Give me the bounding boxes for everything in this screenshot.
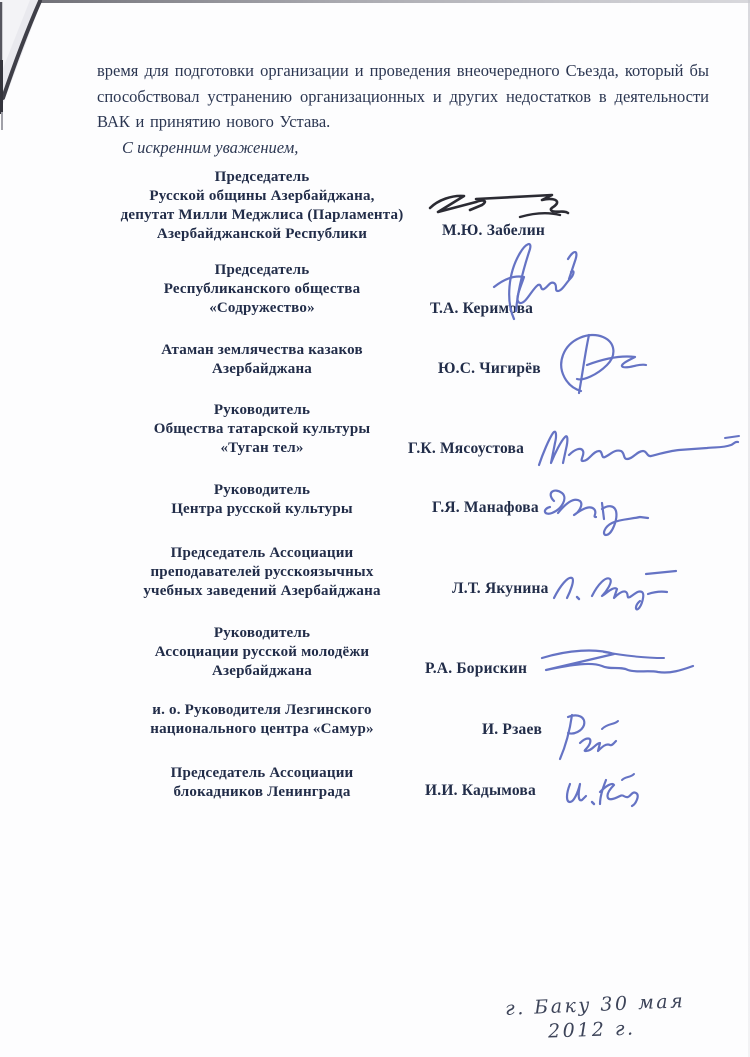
signatory-title-line: Ассоциации русской молодёжи <box>97 643 427 662</box>
signatory-title-line: Председатель Ассоциации <box>97 544 427 563</box>
signatory-title-line: учебных заведений Азербайджана <box>97 582 427 601</box>
signatory-title: Атаман землячества казаков Азербайджана <box>97 341 427 379</box>
signatory-title-line: и. о. Руководителя Лезгинского <box>97 701 427 720</box>
signatory-name: Г.К. Мясоустова <box>408 440 524 458</box>
signatory-title: Руководитель Общества татарской культуры… <box>97 401 427 458</box>
signatory-title-line: Председатель Ассоциации <box>97 764 427 783</box>
signatory-title: Руководитель Ассоциации русской молодёжи… <box>97 624 427 681</box>
scanned-document-page: время для подготовки организации и прове… <box>0 0 750 1057</box>
signatory-title-line: Атаман землячества казаков <box>97 341 427 360</box>
signatory-title-line: национального центра «Самур» <box>97 720 427 739</box>
signatory-title-line: Руководитель <box>97 624 427 643</box>
signatory-title-line: Председатель <box>97 168 427 187</box>
signatory-title-line: депутат Милли Меджлиса (Парламента) <box>97 206 427 225</box>
signatory-title: Руководитель Центра русской культуры <box>97 481 427 519</box>
signatory-name: И. Рзаев <box>482 721 542 739</box>
signatory-title-line: Председатель <box>97 261 427 280</box>
signatory-name: Л.Т. Якунина <box>452 580 549 598</box>
signature-zabelin <box>424 186 576 224</box>
signatory-title: Председатель Республиканского общества «… <box>97 261 427 318</box>
signature-kadymova <box>562 770 658 816</box>
signatory-title-line: Центра русской культуры <box>97 500 427 519</box>
signatory-title: и. о. Руководителя Лезгинского националь… <box>97 701 427 739</box>
signature-myasoustova <box>535 423 740 473</box>
signatory-title-line: Руководитель <box>97 481 427 500</box>
signatory-title-line: Азербайджана <box>97 360 427 379</box>
signatory-name: Г.Я. Манафова <box>432 499 539 517</box>
signatory-title: Председатель Ассоциации блокадников Лени… <box>97 764 427 802</box>
handwritten-date-city: г. Баку 30 мая <box>505 990 686 1020</box>
signature-yakunina <box>550 562 680 610</box>
signatory-name: Р.А. Борискин <box>425 660 527 678</box>
signature-manafova <box>534 483 652 541</box>
signature-boriskin <box>538 646 696 684</box>
signatory-title-line: преподавателей русскоязычных <box>97 563 427 582</box>
signature-rzaev <box>550 709 636 763</box>
signatory-title-line: Азербайджанской Республики <box>97 225 427 244</box>
signature-chigiryov <box>543 327 649 397</box>
signature-kerimova <box>480 239 580 323</box>
signatory-title: Председатель Русской общины Азербайджана… <box>97 168 427 244</box>
signatory-title-line: «Содружество» <box>97 299 427 318</box>
signatory-name: И.И. Кадымова <box>425 782 536 800</box>
signatory-title-line: Республиканского общества <box>97 280 427 299</box>
body-paragraph: время для подготовки организации и прове… <box>97 58 709 135</box>
signatory-title-line: Общества татарской культуры <box>97 420 427 439</box>
signatory-name: М.Ю. Забелин <box>442 222 545 240</box>
signatory-title-line: Руководитель <box>97 401 427 420</box>
signatory-title: Председатель Ассоциации преподавателей р… <box>97 544 427 601</box>
salutation: С искренним уважением, <box>122 138 298 158</box>
signatory-title-line: Азербайджана <box>97 662 427 681</box>
signatory-title-line: блокадников Ленинграда <box>97 783 427 802</box>
handwritten-date-year: 2012 г. <box>548 1017 636 1042</box>
signatory-title-line: Русской общины Азербайджана, <box>97 187 427 206</box>
signatory-name: Ю.С. Чигирёв <box>438 360 541 378</box>
signatory-title-line: «Туган тел» <box>97 439 427 458</box>
